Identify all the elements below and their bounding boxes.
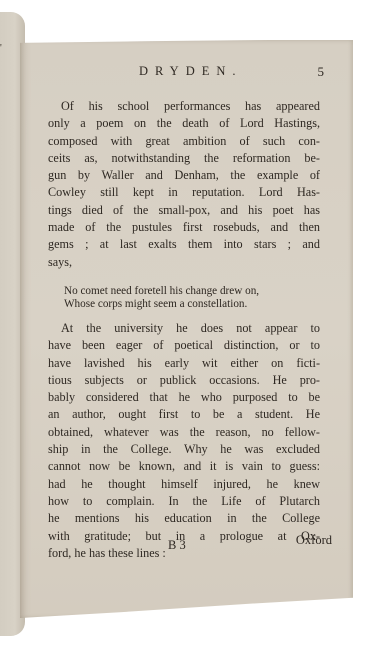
text-line: an author, ought first to be a student. … xyxy=(48,406,320,423)
margin-mark: ' xyxy=(0,43,2,54)
text-line: obtained, whatever was the reason, no fe… xyxy=(48,424,320,441)
text-line: tings died of the small-pox, and his poe… xyxy=(48,202,320,219)
text-line: gems ; at last exalts them into stars ; … xyxy=(48,236,320,253)
text-line: only a poem on the death of Lord Hasting… xyxy=(48,115,320,132)
verse-quote: No comet need foretell his change drew o… xyxy=(64,285,259,311)
text-line: At the university he does not appear to xyxy=(48,320,320,337)
verse-line: No comet need foretell his change drew o… xyxy=(64,285,259,298)
text-line: had he thought himself injured, he knew xyxy=(48,476,320,493)
text-line: have been eager of poetical distinction,… xyxy=(48,337,320,354)
catchword: Oxford xyxy=(296,533,332,548)
text-line: ship in the College. Why he was excluded xyxy=(48,441,320,458)
text-line: have lavished his early wit either on fi… xyxy=(48,355,320,372)
text-line: Of his school performances has appeared xyxy=(48,98,320,115)
paragraph-2: At the university he does not appear to … xyxy=(48,320,320,562)
text-line: made of the pustules first rosebuds, and… xyxy=(48,219,320,236)
text-line: cannot now be known, and it is vain to g… xyxy=(48,458,320,475)
text-line: ceits as, notwithstanding the reformatio… xyxy=(48,150,320,167)
running-head: DRYDEN. xyxy=(139,64,243,79)
text-line: Cowley still kept in reputation. Lord Ha… xyxy=(48,184,320,201)
text-line: gun by Waller and Denham, the example of xyxy=(48,167,320,184)
text-line: bably considered that he who purposed to… xyxy=(48,389,320,406)
text-line: says, xyxy=(48,254,320,271)
page-header: DRYDEN. 5 xyxy=(54,64,326,80)
page-number: 5 xyxy=(318,64,325,80)
text-line: he mentions his education in the College xyxy=(48,510,320,527)
text-line: tious subjects or publick occasions. He … xyxy=(48,372,320,389)
text-line: composed with great ambition of such con… xyxy=(48,133,320,150)
signature-mark: B 3 xyxy=(168,538,186,553)
paragraph-1: Of his school performances has appeared … xyxy=(48,98,320,271)
verse-line: Whose corps might seem a constellation. xyxy=(64,298,259,311)
text-line: how to complain. In the Life of Plutarch xyxy=(48,493,320,510)
